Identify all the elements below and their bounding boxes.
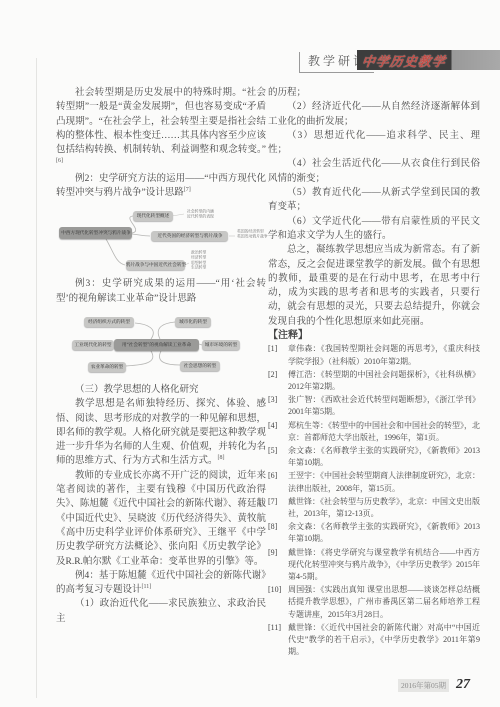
page-edge-line xyxy=(36,58,37,698)
paragraph-text: 社会转型期是历史发展中的特殊时期。“社会转型期”一般是“黄金发展期”，但也容易变… xyxy=(56,88,266,155)
note-item: [2]傅江浩：《转型期的中国社会问题探析》，《社科纵横》2012年第2期。 xyxy=(268,369,480,393)
mindmap-sub-labels: 政治转型 经济转型 思想转型 生活转型 xyxy=(191,250,206,271)
note-number: [2] xyxy=(268,369,288,393)
radial-node: 城市化的转型 xyxy=(175,317,211,327)
body-paragraph: 社会转型期是历史发展中的特殊时期。“社会转型期”一般是“黄金发展期”，但也容易变… xyxy=(56,86,266,172)
paragraph-text: 例2：史学研究方法的运用——“中西方现代化转型冲突与鸦片战争”设计思路 xyxy=(56,174,266,198)
note-item: [6]王翌宇：《中国社会转型期商人法律制度研究》，北京：法律出版社，2008年，… xyxy=(268,470,480,494)
note-item: [4]郑杭生等：《转型中的中国社会和中国社会的转型》，北京：首都师范大学出版社，… xyxy=(268,420,480,444)
note-number: [6] xyxy=(268,470,288,494)
page-number: 27 xyxy=(456,677,470,693)
note-item: [10]周国强：《实践出真知 课堂出思想——谈谈怎样总结概括提升教学思想》，广州… xyxy=(268,584,480,621)
note-text: 王翌宇：《中国社会转型期商人法律制度研究》，北京：法律出版社，2008年，第15… xyxy=(288,470,480,494)
note-item: [3]张广智：《西欧社会近代转型问题断想》，《浙江学刊》2001年第5期。 xyxy=(268,394,480,418)
node-label: 社会思想的转型 xyxy=(184,364,216,369)
note-number: [8] xyxy=(268,521,288,545)
paragraph-text: 教学思想是名师独特经历、探究、体验、感悟、阅读、思考形成的对教学的一种见解和思想… xyxy=(56,399,266,466)
note-item: [9]戴世锋：《将史学研究与课堂教学有机结合——中西方现代化转型冲突与鸦片战争》… xyxy=(268,547,480,584)
sub-label: 近代转型的表现 xyxy=(187,215,214,220)
body-paragraph: （6）文学近代化——带有启蒙性质的平民文学和追求文学为人生的盛行。 xyxy=(268,215,480,244)
mindmap-sub-labels: 社会转型的内涵 近代转型的表现 xyxy=(187,209,214,219)
citation-mark: [8] xyxy=(218,455,225,461)
node-label: 城市环境的转型 xyxy=(205,343,237,348)
body-paragraph: 总之，凝练教学思想应当成为新常态。有了新常态，反之会促进课堂教学的新发展。做个有… xyxy=(268,243,480,329)
radial-node: 工业现代化的转型 xyxy=(72,340,114,350)
example2-paragraph: 例2：史学研究方法的运用——“中西方现代化转型冲突与鸦片战争”设计思路[7] xyxy=(56,172,266,201)
left-column: 社会转型期是历史发展中的特殊时期。“社会转型期”一般是“黄金发展期”，但也容易变… xyxy=(56,86,266,626)
body-paragraph: （4）社会生活近代化——从衣食住行到民俗风情的渐变； xyxy=(268,157,480,186)
node-label: 经济组织方式的转型 xyxy=(88,320,130,325)
mindmap-branch-node: 鸦片战争与中国近代社会转型 xyxy=(126,260,185,270)
note-number: [5] xyxy=(268,445,288,469)
radial-node: 经济组织方式的转型 xyxy=(84,317,134,327)
note-number: [4] xyxy=(268,420,288,444)
node-label: 中西方现代化转型冲突与鸦片战争 xyxy=(61,231,131,236)
node-label: 现代化转型概述 xyxy=(137,214,169,219)
note-number: [1] xyxy=(268,343,288,367)
radial-node: 社会思想的转型 xyxy=(180,361,220,371)
note-item: [1]章伟森：《我国转型期社会问题的再思考》，《重庆科技学院学报》（社科版）20… xyxy=(268,343,480,367)
note-number: [10] xyxy=(268,584,288,621)
node-label: 工业现代化的转型 xyxy=(74,343,111,348)
citation-mark: [11] xyxy=(142,584,152,590)
section-heading: （三）教学思想的人格化研究 xyxy=(56,383,266,397)
mindmap-sub-labels: 英国的经济转型 英国发动鸦片战争 xyxy=(237,229,268,239)
note-number: [11] xyxy=(268,622,288,659)
example2-mindmap-diagram: 中西方现代化转型冲突与鸦片战争 现代化转型概述 社会转型的内涵 近代转型的表现 … xyxy=(56,205,268,273)
note-text: 戴世锋：《将史学研究与课堂教学有机结合——中西方现代化转型冲突与鸦片战争》，《中… xyxy=(288,547,480,584)
example4-paragraph: 例4：基于陈旭麓《近代中国社会的新陈代谢》的高考复习专题设计[11] xyxy=(56,569,266,598)
citation-mark: [6] xyxy=(56,158,63,164)
note-number: [7] xyxy=(268,496,288,520)
radial-node: 城市环境的转型 xyxy=(202,340,240,350)
page-footer: 2016年第05期 27 xyxy=(398,677,470,693)
node-label: 近代英国的经济转型与鸦片战争 xyxy=(157,234,222,239)
sub-label: 英国发动鸦片战争 xyxy=(237,235,268,240)
sub-label: 生活转型 xyxy=(191,266,206,271)
note-item: [7]戴世锋：《社会转型与历史教学》，北京：中国文史出版社，2013年，第12-… xyxy=(268,496,480,520)
paragraph-text: 例4：基于陈旭麓《近代中国社会的新陈代谢》的高考复习专题设计 xyxy=(56,571,266,595)
citation-mark: [7] xyxy=(184,187,191,193)
example3-radial-diagram: 经济组织方式的转型 城市化的转型 工业现代化的转型 城市环境的转型 农业革命的转… xyxy=(56,311,268,379)
radial-center-node: 用“社会转型”的视角解读工业革命 xyxy=(114,339,199,351)
body-paragraph: （3）思想近代化——追求科学、民主、理性； xyxy=(268,129,480,158)
example3-paragraph: 例3：史学研究成果的运用——“用‘社会转型’的视角解读工业革命”设计思路 xyxy=(56,277,266,306)
note-number: [3] xyxy=(268,394,288,418)
node-label: 城市化的转型 xyxy=(179,320,207,325)
journal-logo-strip: 中学历史教学 xyxy=(357,50,500,70)
note-item: [8]余文森：《名师教学主张的实践研究》，《新教师》2013年第10期。 xyxy=(268,521,480,545)
note-text: 郑杭生等：《转型中的中国社会和中国社会的转型》，北京：首都师范大学出版社，199… xyxy=(288,420,480,444)
body-paragraph: （2）经济近代化——从自然经济逐渐解体到工业化的曲折发展； xyxy=(268,100,480,129)
note-text: 戴世锋：《社会转型与历史教学》，北京：中国文史出版社，2013年，第12-13页… xyxy=(288,496,480,520)
note-text: 傅江浩：《转型期的中国社会问题探析》，《社科纵横》2012年第2期。 xyxy=(288,369,480,393)
node-label: 鸦片战争与中国近代社会转型 xyxy=(125,263,185,268)
body-paragraph: （1）政治近代化——求民族独立、求政治民主 xyxy=(56,597,266,626)
issue-label: 2016年第05期 xyxy=(398,679,449,692)
note-text: 章伟森：《我国转型期社会问题的再思考》，《重庆科技学院学报》（社科版）2010年… xyxy=(288,343,480,367)
note-item: [5]余文森：《名师教学主张的实践研究》，《新教师》2013年第10期。 xyxy=(268,445,480,469)
notes-heading: 【注释】 xyxy=(268,329,480,343)
mindmap-branch-node: 近代英国的经济转型与鸦片战争 xyxy=(151,231,228,241)
body-paragraph: （5）教育近代化——从新式学堂到民国的教育变革； xyxy=(268,186,480,215)
notes-list: [1]章伟森：《我国转型期社会问题的再思考》，《重庆科技学院学报》（社科版）20… xyxy=(268,343,480,658)
right-column: 的历程； （2）经济近代化——从自然经济逐渐解体到工业化的曲折发展； （3）思想… xyxy=(268,86,480,659)
note-text: 周国强：《实践出真知 课堂出思想——谈谈怎样总结概括提升教学思想》，广州市番禺区… xyxy=(288,584,480,621)
note-number: [9] xyxy=(268,547,288,584)
note-text: 戴世锋：《〈近代中国社会的新陈代谢〉对高中“中国近代史”教学的若干启示》，《中学… xyxy=(288,622,480,659)
note-item: [11]戴世锋：《〈近代中国社会的新陈代谢〉对高中“中国近代史”教学的若干启示》… xyxy=(268,622,480,659)
body-paragraph: 的历程； xyxy=(268,86,480,100)
body-paragraph: 教师的专业成长亦离不开广泛的阅读，近年来笔者阅读的著作，主要有钱穆《中国历代政治… xyxy=(56,469,266,569)
radial-node: 农业革命的转型 xyxy=(88,362,126,372)
note-text: 余文森：《名师教学主张的实践研究》，《新教师》2013年第10期。 xyxy=(288,521,480,545)
mindmap-branch-node: 现代化转型概述 xyxy=(133,211,173,221)
node-label: 农业革命的转型 xyxy=(91,365,123,370)
body-paragraph: 教学思想是名师独特经历、探究、体验、感悟、阅读、思考形成的对教学的一种见解和思想… xyxy=(56,397,266,468)
mindmap-center-node: 中西方现代化转型冲突与鸦片战争 xyxy=(59,227,132,239)
node-label: 用“社会转型”的视角解读工业革命 xyxy=(122,343,191,348)
note-text: 张广智：《西欧社会近代转型问题断想》，《浙江学刊》2001年第5期。 xyxy=(288,394,480,418)
journal-logo: 中学历史教学 xyxy=(356,51,447,70)
note-text: 余文森：《名师教学主张的实践研究》，《新教师》2013年第10期。 xyxy=(288,445,480,469)
